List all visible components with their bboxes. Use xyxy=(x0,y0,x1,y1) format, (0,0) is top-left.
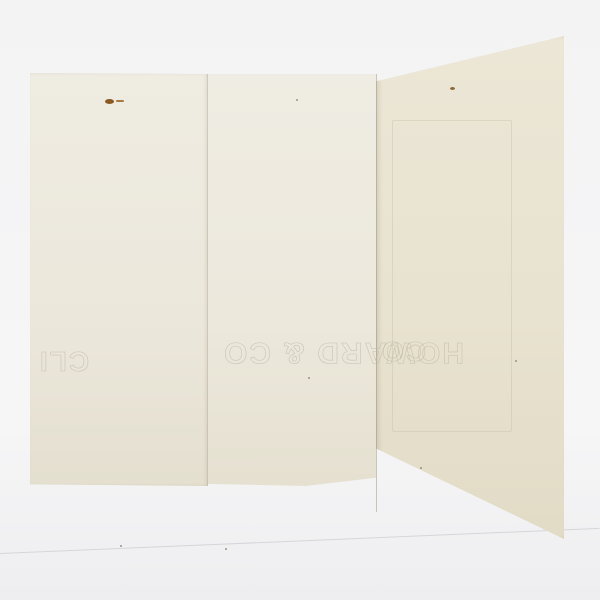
document-panel-middle xyxy=(208,74,376,486)
embossed-text-middle: HOWARD & CO xyxy=(222,335,464,369)
embossed-text-right: CO xyxy=(380,335,426,367)
fold-crease-left xyxy=(207,74,208,486)
fold-crease-right xyxy=(376,74,377,512)
embossed-frame xyxy=(392,120,512,432)
rust-stain-right xyxy=(450,87,455,90)
rust-stain-left-tail xyxy=(116,100,124,102)
rust-stain-left xyxy=(105,99,114,104)
embossed-text-left: CLI xyxy=(38,345,89,377)
paper-speck xyxy=(308,377,310,379)
surface-speck xyxy=(120,545,122,547)
paper-speck xyxy=(420,467,422,469)
table-seam xyxy=(0,528,599,554)
paper-speck xyxy=(515,360,517,362)
document-panel-left xyxy=(30,73,208,486)
surface-speck xyxy=(225,548,227,550)
paper-speck xyxy=(296,99,298,101)
